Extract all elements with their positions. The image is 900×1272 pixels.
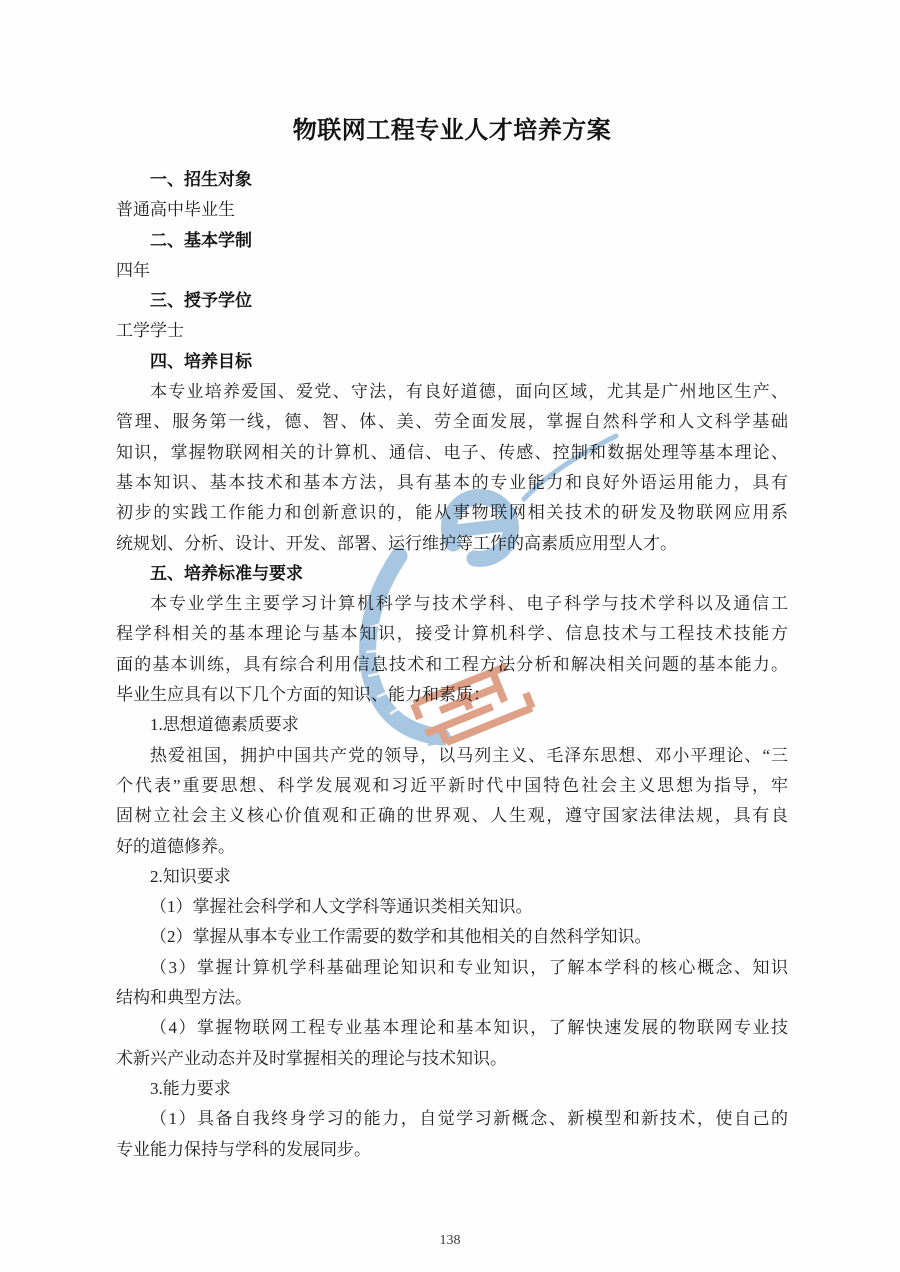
- text-line: 基本知识、基本技术和基本方法，具有基本的专业能力和良好外语运用能力，具有: [116, 468, 788, 498]
- text-line: 2.知识要求: [116, 862, 788, 892]
- text-line: 五、培养标准与要求: [116, 559, 788, 589]
- text-line: 统规划、分析、设计、开发、部署、运行维护等工作的高素质应用型人才。: [116, 529, 788, 559]
- text-line: 二、基本学制: [116, 226, 788, 256]
- text-line: 知识，掌握物联网相关的计算机、通信、电子、传感、控制和数据处理等基本理论、: [116, 438, 788, 468]
- text-line: 术新兴产业动态并及时掌握相关的理论与技术知识。: [116, 1044, 788, 1074]
- text-line: 好的道德修养。: [116, 832, 788, 862]
- text-line: 本专业学生主要学习计算机科学与技术学科、电子科学与技术学科以及通信工: [116, 589, 788, 619]
- text-line: 管理、服务第一线，德、智、体、美、劳全面发展，掌握自然科学和人文科学基础: [116, 407, 788, 437]
- text-line: 四年: [116, 256, 788, 286]
- page-number: 138: [0, 1233, 900, 1249]
- document-page: 物联网工程专业人才培养方案 一、招生对象普通高中毕业生二、基本学制四年三、授予学…: [0, 0, 900, 1272]
- text-line: 四、培养目标: [116, 347, 788, 377]
- text-line: （1）具备自我终身学习的能力，自觉学习新概念、新模型和新技术，使自己的: [116, 1104, 788, 1134]
- text-line: 毕业生应具有以下几个方面的知识、能力和素质：: [116, 680, 788, 710]
- text-line: （2）掌握从事本专业工作需要的数学和其他相关的自然科学知识。: [116, 922, 788, 952]
- text-line: 结构和典型方法。: [116, 983, 788, 1013]
- text-line: （1）掌握社会科学和人文学科等通识类相关知识。: [116, 892, 788, 922]
- text-line: 个代表”重要思想、科学发展观和习近平新时代中国特色社会主义思想为指导，牢: [116, 771, 788, 801]
- text-line: 面的基本训练，具有综合利用信息技术和工程方法分析和解决相关问题的基本能力。: [116, 650, 788, 680]
- page-title: 物联网工程专业人才培养方案: [116, 116, 788, 146]
- text-line: 热爱祖国，拥护中国共产党的领导，以马列主义、毛泽东思想、邓小平理论、“三: [116, 741, 788, 771]
- text-line: 工学学士: [116, 316, 788, 346]
- document-lines: 一、招生对象普通高中毕业生二、基本学制四年三、授予学位工学学士四、培养目标本专业…: [116, 165, 788, 1165]
- text-line: （3）掌握计算机学科基础理论知识和专业知识，了解本学科的核心概念、知识: [116, 953, 788, 983]
- text-line: 程学科相关的基本理论与基本知识，接受计算机科学、信息技术与工程技术技能方: [116, 619, 788, 649]
- text-line: 三、授予学位: [116, 286, 788, 316]
- text-line: 一、招生对象: [116, 165, 788, 195]
- text-line: 3.能力要求: [116, 1074, 788, 1104]
- text-line: 专业能力保持与学科的发展同步。: [116, 1135, 788, 1165]
- text-line: 普通高中毕业生: [116, 195, 788, 225]
- document-body: 物联网工程专业人才培养方案 一、招生对象普通高中毕业生二、基本学制四年三、授予学…: [116, 116, 788, 1165]
- text-line: 初步的实践工作能力和创新意识的，能从事物联网相关技术的研发及物联网应用系: [116, 498, 788, 528]
- text-line: 固树立社会主义核心价值观和正确的世界观、人生观，遵守国家法律法规，具有良: [116, 801, 788, 831]
- text-line: 本专业培养爱国、爱党、守法，有良好道德，面向区域，尤其是广州地区生产、: [116, 377, 788, 407]
- text-line: 1.思想道德素质要求: [116, 710, 788, 740]
- text-line: （4）掌握物联网工程专业基本理论和基本知识，了解快速发展的物联网专业技: [116, 1013, 788, 1043]
